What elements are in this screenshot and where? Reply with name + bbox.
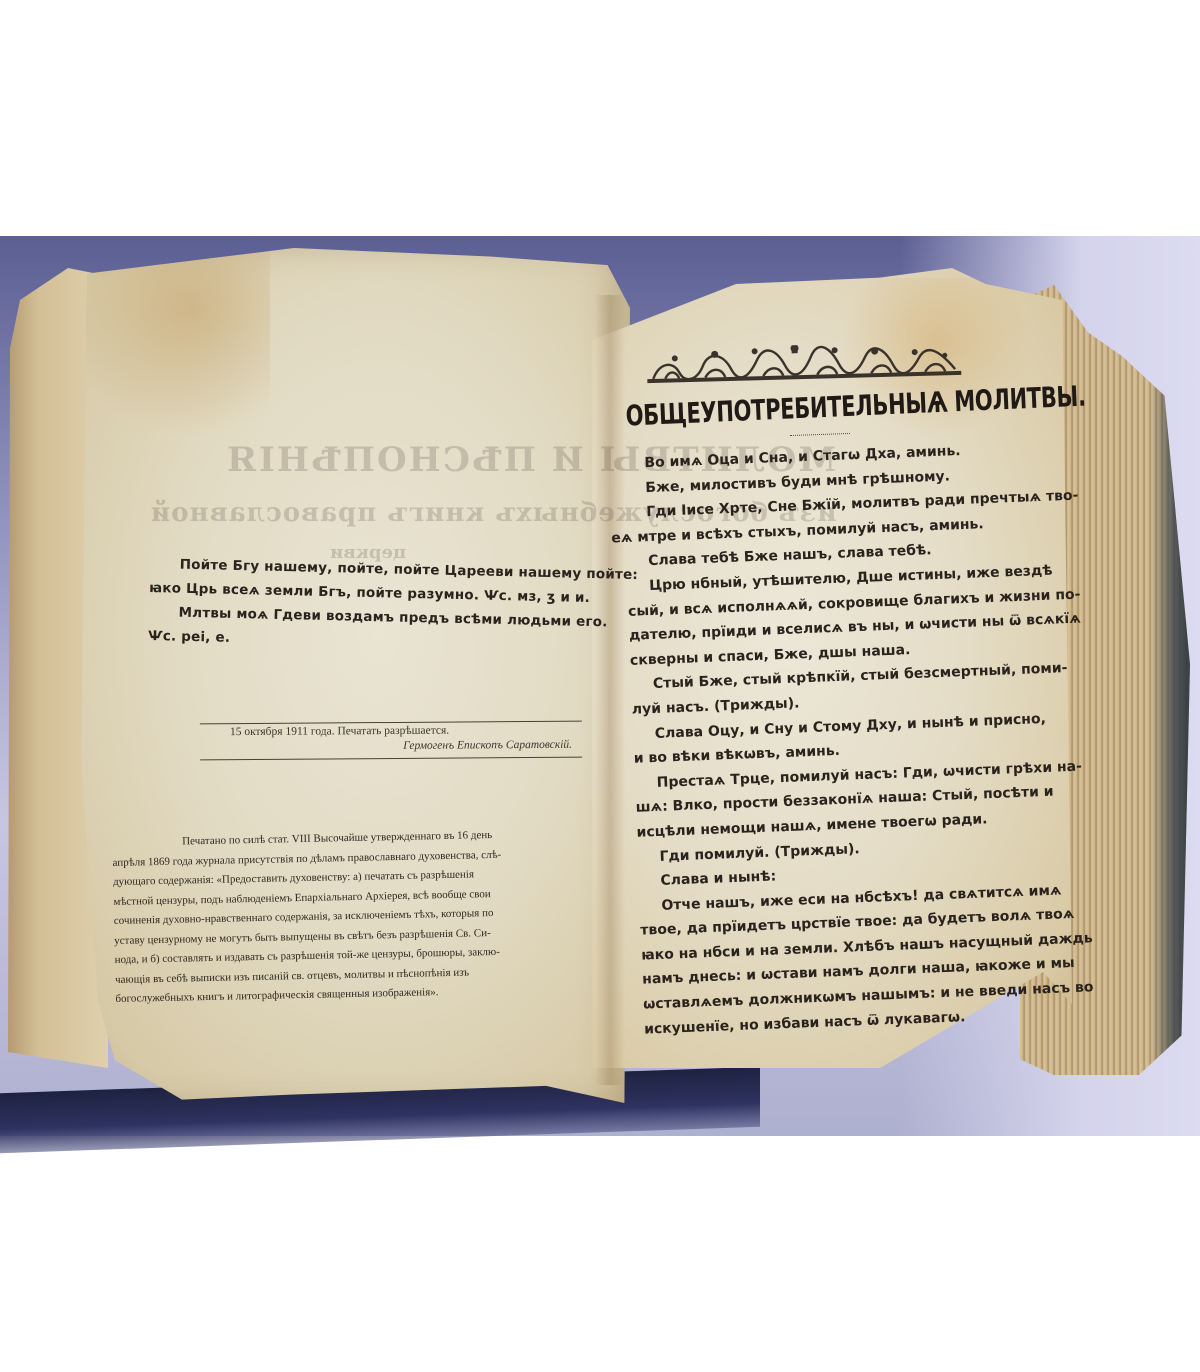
prayer-text: Во имѧ Оца и Сна, и Стагѡ Дха, аминь. Бж… <box>622 432 1164 1042</box>
imprimatur-block: 15 октября 1911 года. Печатать разрѣшает… <box>200 721 582 761</box>
floral-headpiece-icon <box>645 341 964 389</box>
psalm-verse: Пойте Бгу нашему, пойте, пойте Царееви н… <box>148 552 610 658</box>
imprimatur-date: 15 октября 1911 года. Печатать разрѣшает… <box>200 724 582 739</box>
censorship-notice: Печатано по силѣ стат. VIII Высочайше ут… <box>112 824 616 1010</box>
imprimatur-signature: Гермогенъ Епископъ Саратовскій. <box>200 739 582 754</box>
